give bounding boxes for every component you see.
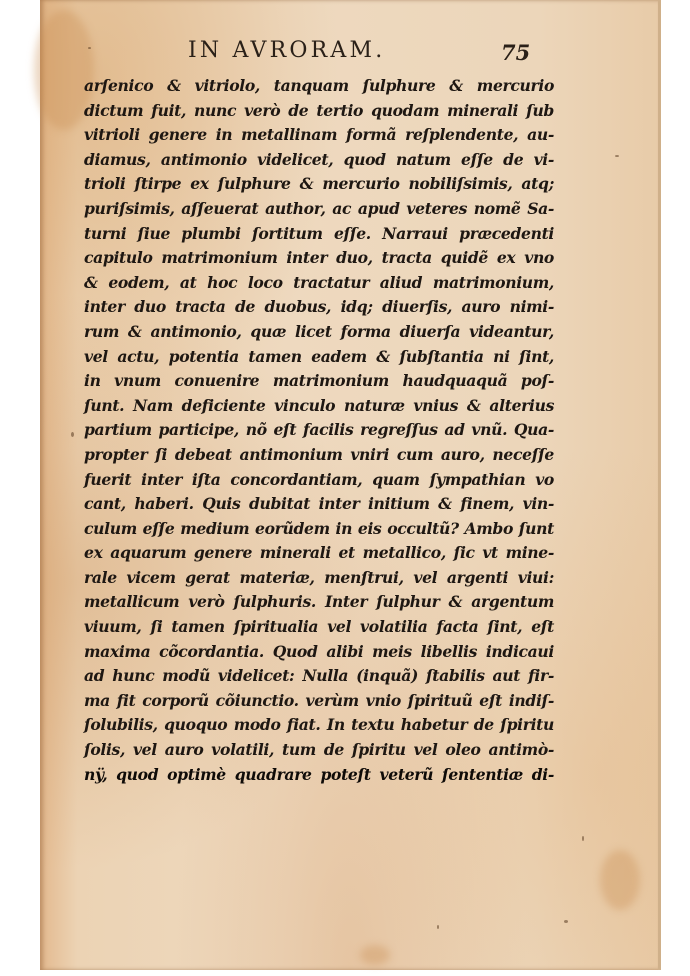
text-line: & eodem, at hoc loco tractatur aliud mat… bbox=[84, 271, 554, 296]
text-line: nÿ, quod optimè quadrare poteſt veterũ ſ… bbox=[84, 763, 554, 788]
text-line: propter ſi debeat antimonium vniri cum a… bbox=[84, 443, 554, 468]
text-line: maxima cõcordantia. Quod alibi meis libe… bbox=[84, 640, 554, 665]
text-line: diamus, antimonio videlicet, quod natum … bbox=[84, 148, 554, 173]
text-line: ſolis, vel auro volatili, tum de ſpiritu… bbox=[84, 738, 554, 763]
page-edge bbox=[658, 0, 661, 970]
text-line: cant, haberi. Quis dubitat inter initium… bbox=[84, 492, 554, 517]
text-line: metallicum verò ſulphuris. Inter ſulphur… bbox=[84, 590, 554, 615]
running-title: IN AVRORAM. bbox=[188, 38, 385, 63]
page-number: 75 bbox=[501, 40, 530, 65]
text-line: vitrioli genere in metallinam formã reſp… bbox=[84, 123, 554, 148]
text-line: vel actu, potentia tamen eadem & ſubſtan… bbox=[84, 345, 554, 370]
paper-speck bbox=[437, 925, 439, 929]
paper-speck bbox=[564, 920, 568, 923]
text-line: rale vicem gerat materiæ, menſtrui, vel … bbox=[84, 566, 554, 591]
text-line: ſunt. Nam deficiente vinculo naturæ vniu… bbox=[84, 394, 554, 419]
text-line: fuerit inter iſta concordantiam, quam ſy… bbox=[84, 468, 554, 493]
text-line: ma fit corporũ cõiunctio. verùm vnio ſpi… bbox=[84, 689, 554, 714]
paper-stain bbox=[600, 850, 640, 910]
text-line: dictum fuit, nunc verò de tertio quodam … bbox=[84, 99, 554, 124]
book-page: IN AVRORAM. 75 arſenico & vitriolo, tanq… bbox=[40, 0, 661, 970]
text-line: ſolubilis, quoquo modo fiat. In textu ha… bbox=[84, 713, 554, 738]
text-line: turni ſiue plumbi ſortitum eſſe. Narraui… bbox=[84, 222, 554, 247]
paper-speck bbox=[582, 836, 584, 841]
text-line: culum eſſe medium eorũdem in eis occultũ… bbox=[84, 517, 554, 542]
text-line: ad hunc modũ videlicet: Nulla (inquã) ſt… bbox=[84, 664, 554, 689]
text-line: capitulo matrimonium inter duo, tracta q… bbox=[84, 246, 554, 271]
text-line: partium participe, nõ eſt facilis regreſ… bbox=[84, 418, 554, 443]
text-line: inter duo tracta de duobus, idq; diuerſi… bbox=[84, 295, 554, 320]
body-text: arſenico & vitriolo, tanquam ſulphure & … bbox=[84, 74, 554, 787]
text-line: ex aquarum genere minerali et metallico,… bbox=[84, 541, 554, 566]
paper-stain bbox=[360, 945, 390, 965]
text-line: trioli ſtirpe ex ſulphure & mercurio nob… bbox=[84, 172, 554, 197]
text-line: puriſsimis, aſſeuerat author, ac apud ve… bbox=[84, 197, 554, 222]
text-line: rum & antimonio, quæ licet forma diuerſa… bbox=[84, 320, 554, 345]
running-head: IN AVRORAM. 75 bbox=[40, 38, 661, 68]
text-line: viuum, ſi tamen ſpiritualia vel volatili… bbox=[84, 615, 554, 640]
paper-speck bbox=[615, 155, 619, 157]
paper-speck bbox=[71, 432, 74, 437]
text-line: in vnum conuenire matrimonium haudquaquã… bbox=[84, 369, 554, 394]
text-line: arſenico & vitriolo, tanquam ſulphure & … bbox=[84, 74, 554, 99]
